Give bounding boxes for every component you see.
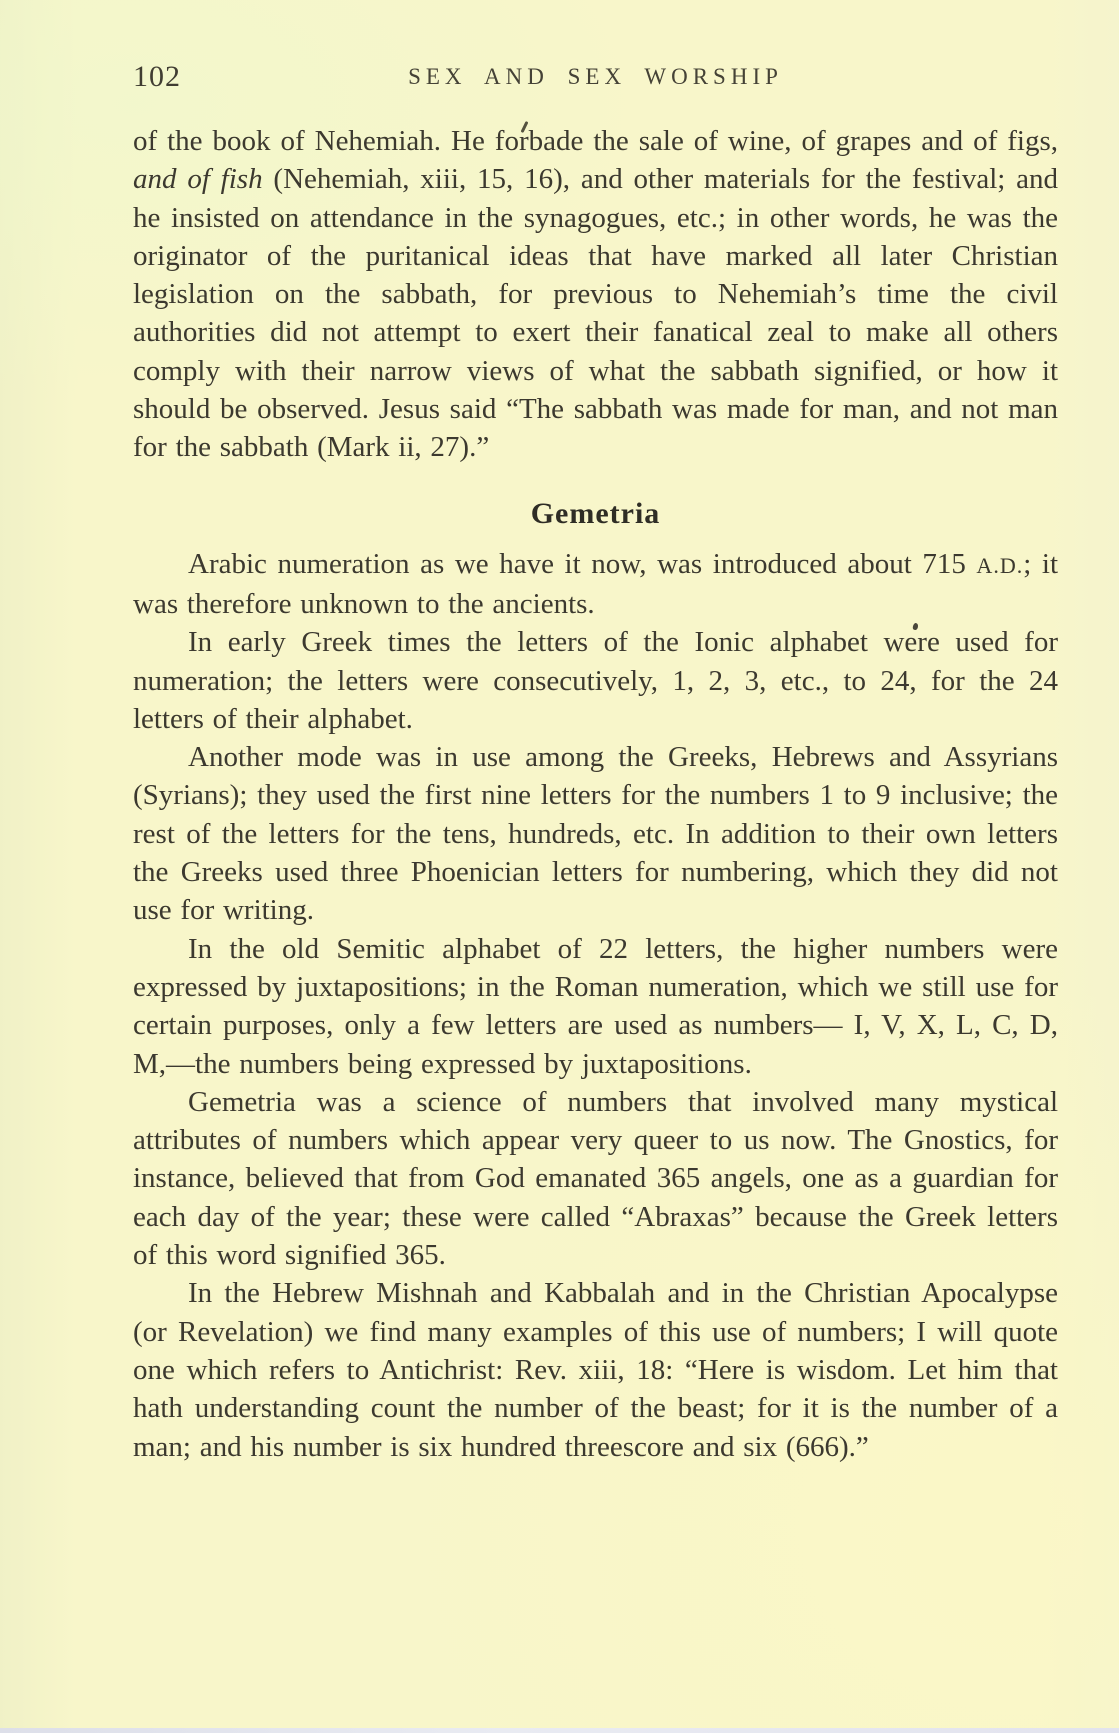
- text-run: (Nehemiah, xiii, 15, 16), and other mate…: [133, 163, 1058, 463]
- paragraph: In early Greek times the letters of the …: [133, 623, 1058, 738]
- paragraph: In the Hebrew Mishnah and Kabbalah and i…: [133, 1274, 1058, 1465]
- text-run: Another mode was in use among the Greeks…: [133, 741, 1058, 926]
- running-title: SEX AND SEX WORSHIP: [133, 64, 1058, 90]
- text-run: In early Greek times the letters of the …: [133, 626, 1058, 735]
- paragraph: In the old Semitic alphabet of 22 letter…: [133, 930, 1058, 1083]
- smallcaps-abbreviation: A.D.: [976, 553, 1023, 578]
- text-run: of the book of Nehemiah. He forbade the …: [133, 125, 1058, 157]
- scan-bottom-edge: [0, 1728, 1119, 1733]
- book-page: 102 SEX AND SEX WORSHIP of the book of N…: [0, 0, 1119, 1733]
- italic-phrase: and of fish: [133, 163, 263, 195]
- text-run: Arabic numeration as we have it now, was…: [188, 548, 976, 580]
- paragraph: Another mode was in use among the Greeks…: [133, 738, 1058, 929]
- paragraph: Arabic numeration as we have it now, was…: [133, 545, 1058, 624]
- page-body: of the book of Nehemiah. He forbade the …: [133, 122, 1058, 1466]
- page-header: 102 SEX AND SEX WORSHIP: [133, 60, 1058, 100]
- paragraph: of the book of Nehemiah. He forbade the …: [133, 122, 1058, 467]
- text-run: In the Hebrew Mishnah and Kabbalah and i…: [133, 1277, 1058, 1462]
- section-heading: Gemetria: [133, 495, 1058, 533]
- text-run: In the old Semitic alphabet of 22 letter…: [133, 933, 1058, 1080]
- text-run: Gemetria was a science of numbers that i…: [133, 1086, 1058, 1271]
- paragraph: Gemetria was a science of numbers that i…: [133, 1083, 1058, 1274]
